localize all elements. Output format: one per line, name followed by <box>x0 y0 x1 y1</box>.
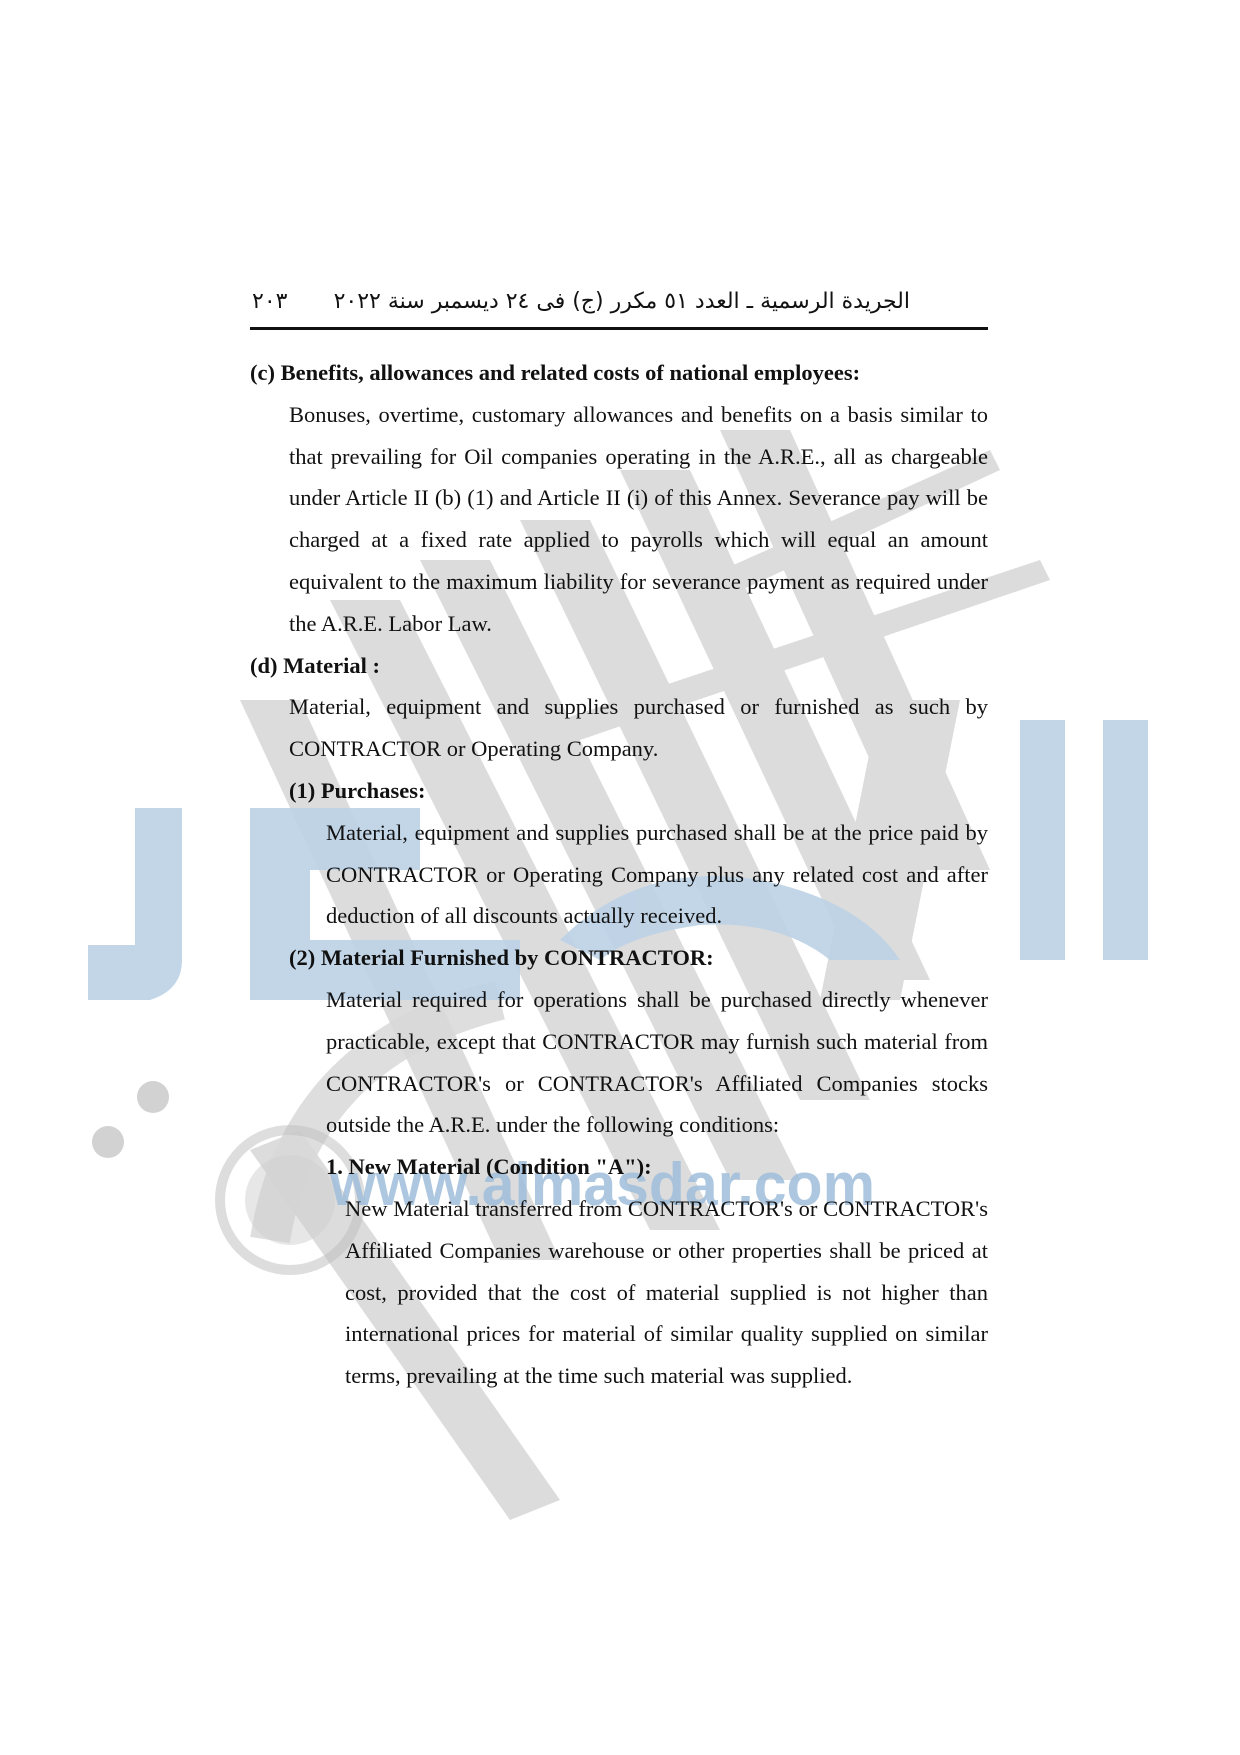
section-d-body: Material, equipment and supplies purchas… <box>289 686 988 770</box>
gazette-header: الجريدة الرسمية ـ العدد ٥١ مكرر (ج) فى ٢… <box>250 286 988 330</box>
header-divider <box>250 327 988 330</box>
purchases-body: Material, equipment and supplies purchas… <box>326 812 988 937</box>
section-d-heading: (d) Material : <box>250 645 988 687</box>
condition-a-body: New Material transferred from CONTRACTOR… <box>345 1188 988 1397</box>
watermark-dot <box>92 1126 124 1158</box>
condition-a-heading: 1. New Material (Condition "A"): <box>326 1146 988 1188</box>
purchases-heading: (1) Purchases: <box>289 770 988 812</box>
page-number: ٢٠٣ <box>252 286 287 318</box>
furnished-body: Material required for operations shall b… <box>326 979 988 1146</box>
section-c-heading: (c) Benefits, allowances and related cos… <box>250 352 988 394</box>
section-c-body: Bonuses, overtime, customary allowances … <box>289 394 988 645</box>
furnished-heading: (2) Material Furnished by CONTRACTOR: <box>289 937 988 979</box>
watermark-dot <box>137 1081 169 1113</box>
document-body: (c) Benefits, allowances and related cos… <box>250 352 988 1397</box>
gazette-title: الجريدة الرسمية ـ العدد ٥١ مكرر (ج) فى ٢… <box>334 286 910 318</box>
